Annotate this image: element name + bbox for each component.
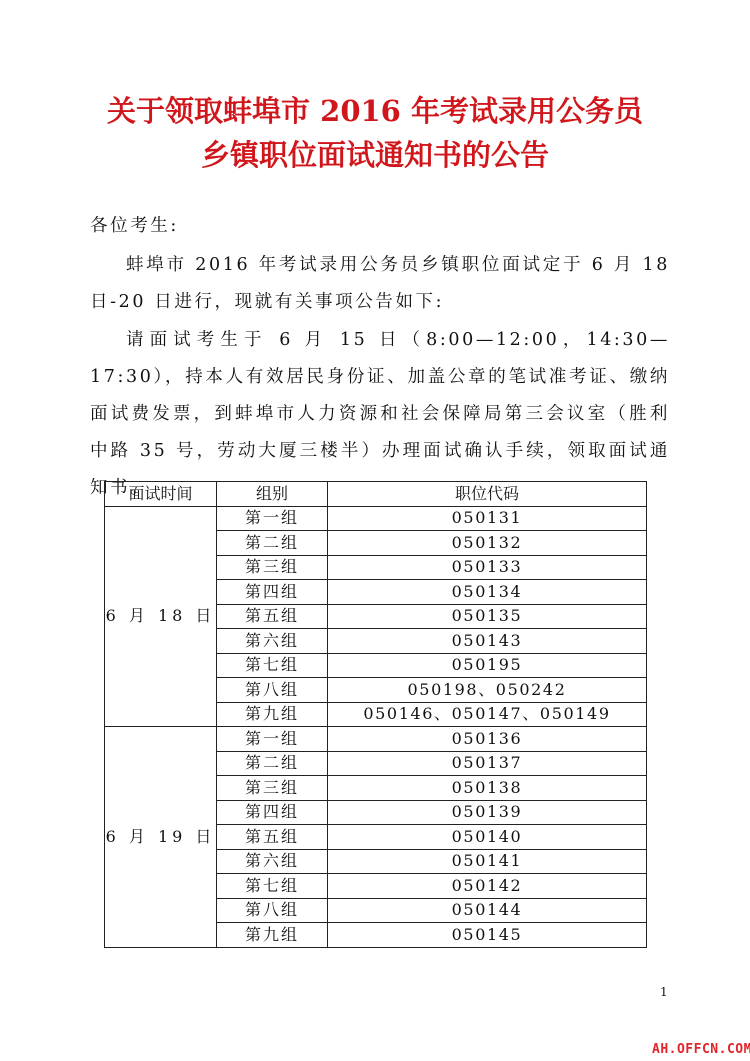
code-cell: 050136: [328, 727, 647, 752]
code-cell: 050198、050242: [328, 678, 647, 703]
interview-schedule-table: 面试时间 组别 职位代码 6 月 18 日 第一组 050131 第二组 050…: [104, 481, 647, 948]
table-row: 6 月 18 日 第一组 050131: [105, 506, 647, 531]
code-cell: 050144: [328, 898, 647, 923]
instructions-paragraph: 请面试考生于 6 月 15 日（8:00—12:00，14:30—17:30），…: [90, 322, 670, 507]
header-position-code: 职位代码: [328, 482, 647, 507]
group-cell: 第一组: [217, 727, 328, 752]
group-cell: 第七组: [217, 653, 328, 678]
greeting: 各位考生:: [90, 208, 670, 245]
group-cell: 第三组: [217, 776, 328, 801]
code-cell: 050141: [328, 849, 647, 874]
code-cell: 050131: [328, 506, 647, 531]
intro-paragraph: 蚌埠市 2016 年考试录用公务员乡镇职位面试定于 6 月 18 日-20 日进…: [90, 247, 670, 321]
code-cell: 050137: [328, 751, 647, 776]
group-cell: 第八组: [217, 678, 328, 703]
group-cell: 第四组: [217, 800, 328, 825]
table-header-row: 面试时间 组别 职位代码: [105, 482, 647, 507]
code-cell: 050146、050147、050149: [328, 702, 647, 727]
group-cell: 第九组: [217, 702, 328, 727]
group-cell: 第五组: [217, 825, 328, 850]
group-cell: 第四组: [217, 580, 328, 605]
group-cell: 第三组: [217, 555, 328, 580]
code-cell: 050195: [328, 653, 647, 678]
code-cell: 050142: [328, 874, 647, 899]
group-cell: 第二组: [217, 531, 328, 556]
code-cell: 050135: [328, 604, 647, 629]
date-cell: 6 月 18 日: [105, 506, 217, 727]
page-number: 1: [660, 985, 668, 999]
group-cell: 第一组: [217, 506, 328, 531]
notice-title-line-2: 乡镇职位面试通知书的公告: [0, 136, 750, 174]
code-cell: 050133: [328, 555, 647, 580]
notice-title-line-1: 关于领取蚌埠市 2016 年考试录用公务员: [0, 92, 750, 130]
date-cell: 6 月 19 日: [105, 727, 217, 948]
code-cell: 050134: [328, 580, 647, 605]
code-cell: 050132: [328, 531, 647, 556]
code-cell: 050140: [328, 825, 647, 850]
code-cell: 050138: [328, 776, 647, 801]
header-group: 组别: [217, 482, 328, 507]
group-cell: 第二组: [217, 751, 328, 776]
group-cell: 第六组: [217, 849, 328, 874]
group-cell: 第六组: [217, 629, 328, 654]
group-cell: 第五组: [217, 604, 328, 629]
header-interview-time: 面试时间: [105, 482, 217, 507]
code-cell: 050143: [328, 629, 647, 654]
group-cell: 第八组: [217, 898, 328, 923]
group-cell: 第七组: [217, 874, 328, 899]
table-row: 6 月 19 日 第一组 050136: [105, 727, 647, 752]
group-cell: 第九组: [217, 923, 328, 948]
code-cell: 050145: [328, 923, 647, 948]
code-cell: 050139: [328, 800, 647, 825]
site-watermark: AH.OFFCN.COM: [652, 1042, 750, 1057]
